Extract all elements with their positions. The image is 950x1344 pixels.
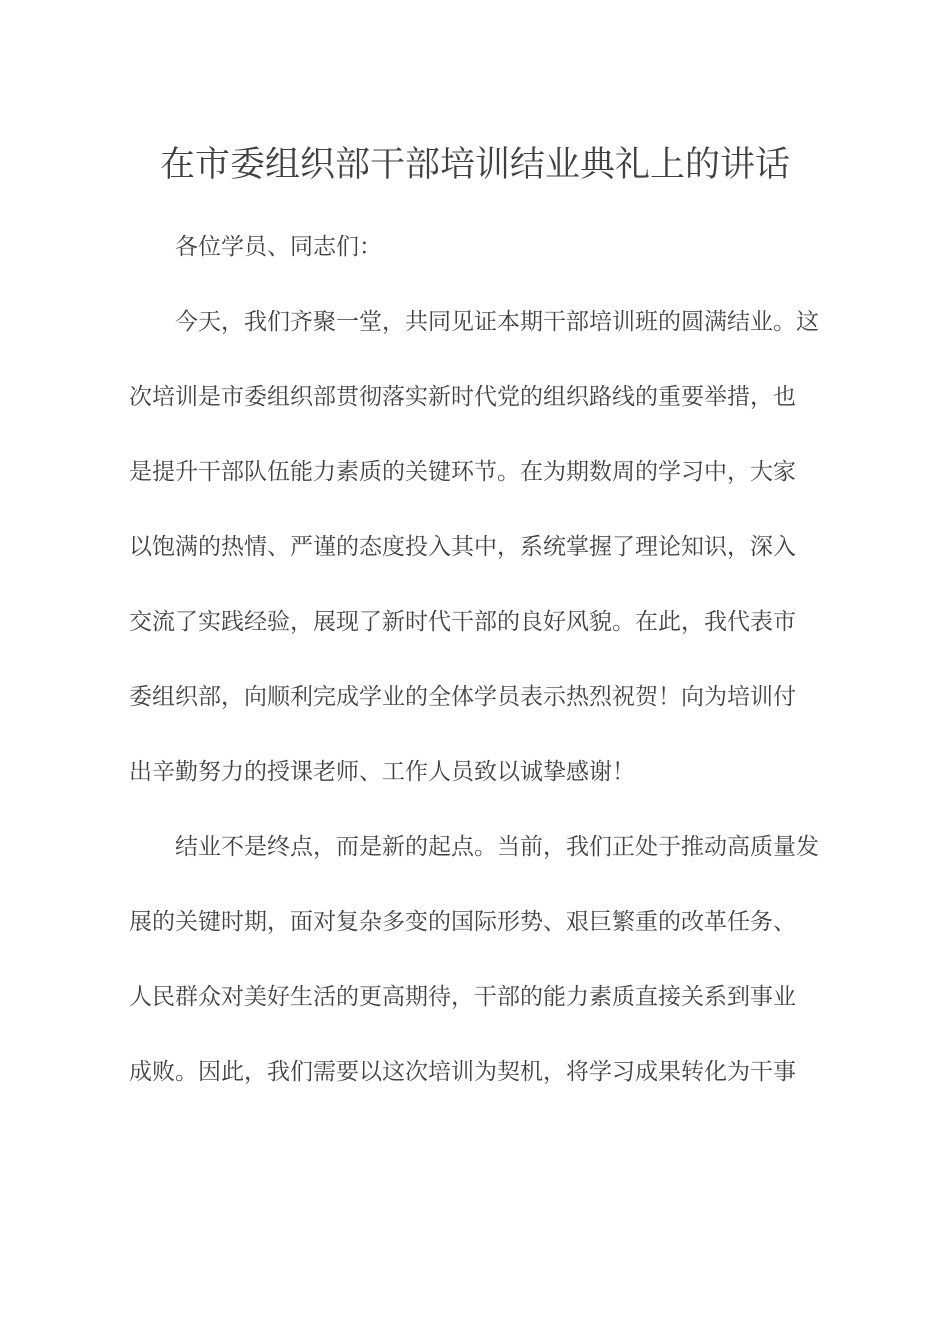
page-background: { "document": { "title": "在市委组织部干部培训结业典礼… — [0, 0, 950, 1344]
text-line: 各位学员、同志们： — [129, 209, 821, 284]
text-line: 出辛勤努力的授课老师、工作人员致以诚挚感谢！ — [129, 734, 821, 809]
text-line: 交流了实践经验，展现了新时代干部的良好风貌。在此，我代表市 — [129, 584, 821, 659]
text-line: 今天，我们齐聚一堂，共同见证本期干部培训班的圆满结业。这 — [129, 284, 821, 359]
text-line: 成败。因此，我们需要以这次培训为契机，将学习成果转化为干事 — [129, 1034, 821, 1109]
text-line: 以饱满的热情、严谨的态度投入其中，系统掌握了理论知识，深入 — [129, 509, 821, 584]
paragraph: 今天，我们齐聚一堂，共同见证本期干部培训班的圆满结业。这次培训是市委组织部贯彻落… — [129, 284, 821, 809]
text-line: 人民群众对美好生活的更高期待，干部的能力素质直接关系到事业 — [129, 959, 821, 1034]
text-line: 委组织部，向顺利完成学业的全体学员表示热烈祝贺！向为培训付 — [129, 659, 821, 734]
text-line: 是提升干部队伍能力素质的关键环节。在为期数周的学习中，大家 — [129, 434, 821, 509]
document-page: 在市委组织部干部培训结业典礼上的讲话 各位学员、同志们：今天，我们齐聚一堂，共同… — [0, 0, 950, 1344]
text-line: 展的关键时期，面对复杂多变的国际形势、艰巨繁重的改革任务、 — [129, 884, 821, 959]
document-title: 在市委组织部干部培训结业典礼上的讲话 — [129, 143, 821, 187]
paragraph: 各位学员、同志们： — [129, 209, 821, 284]
paragraph: 结业不是终点，而是新的起点。当前，我们正处于推动高质量发展的关键时期，面对复杂多… — [129, 809, 821, 1109]
document-body: 各位学员、同志们：今天，我们齐聚一堂，共同见证本期干部培训班的圆满结业。这次培训… — [129, 209, 821, 1109]
text-line: 次培训是市委组织部贯彻落实新时代党的组织路线的重要举措，也 — [129, 359, 821, 434]
text-line: 结业不是终点，而是新的起点。当前，我们正处于推动高质量发 — [129, 809, 821, 884]
